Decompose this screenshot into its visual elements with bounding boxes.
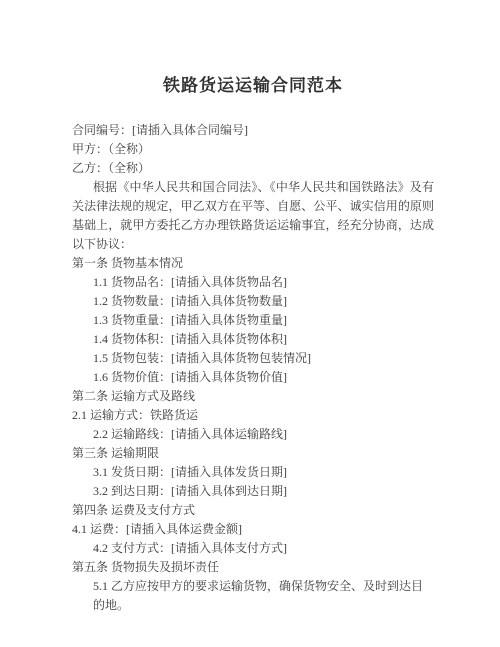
section-4-item-1: 4.1 运费：[请插入具体运费金额] <box>72 520 434 539</box>
section-2-item-2: 2.2 运输路线：[请插入具体运输路线] <box>72 425 434 444</box>
section-4-heading: 第四条 运费及支付方式 <box>72 501 434 520</box>
party-a-line: 甲方：（全称） <box>72 140 434 159</box>
section-1-item-3: 1.3 货物重量：[请插入具体货物重量] <box>72 311 434 330</box>
section-3-heading: 第三条 运输期限 <box>72 444 434 463</box>
section-1-heading: 第一条 货物基本情况 <box>72 254 434 273</box>
party-b-line: 乙方：（全称） <box>72 159 434 178</box>
contract-number-line: 合同编号：[请插入具体合同编号] <box>72 121 434 140</box>
section-5-item-1: 5.1 乙方应按甲方的要求运输货物，确保货物安全、及时到达目的地。 <box>72 577 434 615</box>
section-2-heading: 第二条 运输方式及路线 <box>72 387 434 406</box>
section-1-item-4: 1.4 货物体积：[请插入具体货物体积] <box>72 330 434 349</box>
section-5-heading: 第五条 货物损失及损坏责任 <box>72 558 434 577</box>
section-4-item-2: 4.2 支付方式：[请插入具体支付方式] <box>72 539 434 558</box>
section-3-item-1: 3.1 发货日期：[请插入具体发货日期] <box>72 463 434 482</box>
section-1-item-6: 1.6 货物价值：[请插入具体货物价值] <box>72 368 434 387</box>
preamble-paragraph: 根据《中华人民共和国合同法》、《中华人民共和国铁路法》及有关法律法规的规定，甲乙… <box>72 178 434 254</box>
section-2-item-1: 2.1 运输方式：铁路货运 <box>72 406 434 425</box>
section-1-item-5: 1.5 货物包装：[请插入具体货物包装情况] <box>72 349 434 368</box>
document-title: 铁路货运运输合同范本 <box>72 74 434 98</box>
section-1-item-1: 1.1 货物品名：[请插入具体货物品名] <box>72 273 434 292</box>
section-3-item-2: 3.2 到达日期：[请插入具体到达日期] <box>72 482 434 501</box>
contract-document-page: 铁路货运运输合同范本 合同编号：[请插入具体合同编号] 甲方：（全称） 乙方：（… <box>0 0 500 647</box>
section-1-item-2: 1.2 货物数量：[请插入具体货物数量] <box>72 292 434 311</box>
